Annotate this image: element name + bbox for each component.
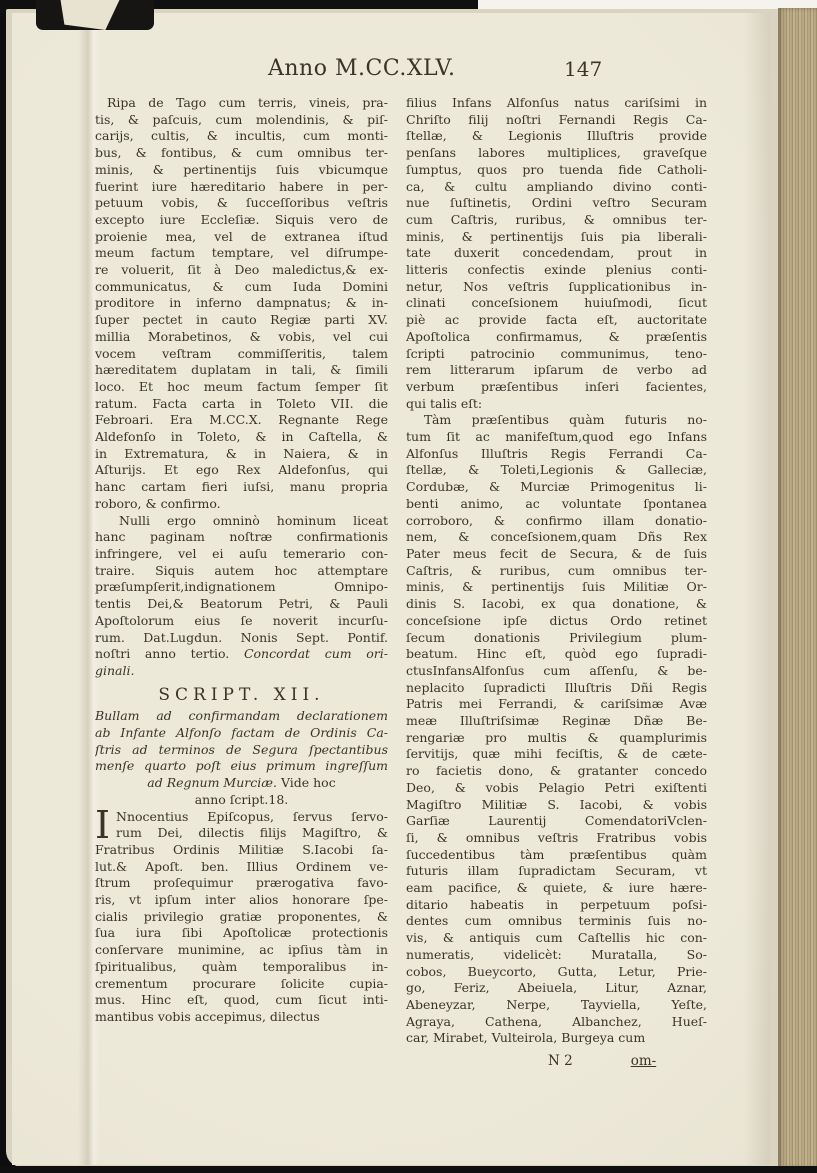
roman-text: qui talis eſt: [406, 396, 482, 411]
text-line: minis, & pertinentijs ſuis pia liberali- [406, 229, 707, 246]
roman-text: Vide hoc [281, 775, 336, 790]
roman-text: rem litterarum ipſarum de verbo ad [406, 362, 707, 377]
page-right-shadow [744, 13, 770, 1165]
text-line: Nulli ergo omninò hominum liceat [95, 513, 388, 530]
text-line: rengariæ pro multis & quamplurimis [406, 730, 707, 747]
roman-text: ctusInfansAlfonſus cum aſſenſu, & be- [406, 663, 707, 678]
roman-text: mus. Hinc eſt, quod, cum ſicut inti- [95, 992, 388, 1007]
text-line: tum ſit ac manifeſtum,quod ego Infans [406, 429, 707, 446]
text-line: minis, & pertinentijs ſuis Militiæ Or- [406, 579, 707, 596]
text-line: Bullam ad confirmandam declarationem [95, 708, 388, 725]
signature-line: N 2 om- [406, 1053, 707, 1069]
roman-text: re voluerit, ſit à Deo maledictus,& ex- [95, 262, 388, 277]
text-line: dinis S. Iacobi, ex qua donatione, & [406, 596, 707, 613]
text-line: Patris mei Ferrandi, & cariſsimæ Avæ [406, 696, 707, 713]
text-line: ca, & cultu ampliando divino conti- [406, 179, 707, 196]
roman-text: penſans labores multiplices, graveſque [406, 145, 707, 160]
text-line: ris, vt ipſum inter alios honorare ſpe- [95, 892, 388, 909]
text-line: ſuccedentibus tàm præſentibus quàm [406, 847, 707, 864]
roman-text: noſtri anno tertio. [95, 646, 244, 661]
text-line: conſervare munimine, ac ipſius tàm in [95, 942, 388, 959]
italic-text: Bullam ad confirmandam declarationem [95, 708, 388, 723]
roman-text: cialis privilegio gratiæ proponentes, & [95, 909, 388, 924]
roman-text: beatum. Hinc eſt, quòd ego ſupradi- [406, 646, 707, 661]
roman-text: infringere, vel ei auſu temerario con- [95, 546, 388, 561]
roman-text: Apoſtolica confirmamus, & præſentis [406, 329, 707, 344]
roman-text: ſcripti patrocinio communimus, teno- [406, 346, 707, 361]
roman-text: hæreditatem duplatam in tali, & ſimili [95, 362, 388, 377]
roman-text: ſpiritualibus, quàm temporalibus in- [95, 959, 388, 974]
catchword: om- [631, 1053, 657, 1069]
roman-text: præſumpſerit,indignationem Omnipo- [95, 579, 388, 594]
roman-text: corroboro, & confirmo illam donatio- [406, 513, 707, 528]
roman-text: ſuccedentibus tàm præſentibus quàm [406, 847, 707, 862]
roman-text: Tàm præſentibus quàm futuris no- [424, 412, 707, 427]
roman-text: conſervare munimine, ac ipſius tàm in [95, 942, 388, 957]
roman-text: verbum præſentibus inſeri facientes, [406, 379, 707, 394]
roman-text: mantibus vobis accepimus, dilectus [95, 1009, 320, 1024]
roman-text: neplacito ſupradicti Illuſtris Dñi Regis [406, 680, 707, 695]
text-line: nem, & conceſsionem,quam Dñs Rex [406, 529, 707, 546]
roman-text: excepto iure Eccleſiæ. Siquis vero de [95, 212, 388, 227]
roman-text: loco. Et hoc meum factum ſemper ſit [95, 379, 388, 394]
roman-text: lut.& Apoſt. ben. Illius Ordinem ve- [95, 859, 388, 874]
paragraph: Nulli ergo omninò hominum liceathanc pag… [95, 513, 388, 680]
book-photograph: Anno M.CC.XLV. 147 Ripa de Tago cum terr… [0, 0, 817, 1173]
backdrop-top-highlight [478, 0, 817, 9]
text-line: Deo, & vobis Pelagio Petri exiſtenti [406, 780, 707, 797]
text-line: traire. Siquis autem hoc attemptare [95, 563, 388, 580]
text-line: Apoſtolorum eius ſe noverit incurſu- [95, 613, 388, 630]
roman-text: bus, & fontibus, & cum omnibus ter- [95, 145, 388, 160]
roman-text: meæ Illuſtriſsimæ Reginæ Dñæ Be- [406, 713, 707, 728]
roman-text: vocem veſtram commiſſeritis, talem [95, 346, 388, 361]
roman-text: ſi, & omnibus veſtris Fratribus vobis [406, 830, 707, 845]
roman-text: petuum vobis, & ſucceſſoribus veſtris [95, 195, 388, 210]
text-line: Aſturijs. Et ego Rex Aldefonſus, qui [95, 462, 388, 479]
text-line: fuerint iure hæreditario habere in per- [95, 179, 388, 196]
roman-text: Cordubæ, & Murciæ Primogenitus li- [406, 479, 707, 494]
roman-text: ditario habeatis in perpetuum poſsi- [406, 897, 707, 912]
backdrop-bottom-strip [0, 1166, 817, 1173]
text-line: vis, & antiquis cum Caſtellis hic con- [406, 930, 707, 947]
roman-text: proditore in inferno dampnatus; & in- [95, 295, 388, 310]
roman-text: rengariæ pro multis & quamplurimis [406, 730, 707, 745]
running-header-year: Anno M.CC.XLV. [268, 56, 456, 81]
text-line: cum Caſtris, ruribus, & omnibus ter- [406, 212, 707, 229]
roman-text: dinis S. Iacobi, ex qua donatione, & [406, 596, 707, 611]
text-line: ginali. [95, 663, 388, 680]
roman-text: conceſsione ipſe dictus Ordo retinet [406, 613, 707, 628]
roman-text: in Extrematura, & in Naiera, & in [95, 446, 388, 461]
paragraph: Tàm præſentibus quàm futuris no-tum ſit … [406, 412, 707, 1047]
roman-text: clinati conceſsionem huiuſmodi, ſicut [406, 295, 707, 310]
roman-text: carijs, cultis, & incultis, cum monti- [95, 128, 388, 143]
roman-text: Deo, & vobis Pelagio Petri exiſtenti [406, 780, 707, 795]
text-line: hanc paginam noſtræ confirmationis [95, 529, 388, 546]
text-line: ab Infante Alfonſo factam de Ordinis Ca- [95, 725, 388, 742]
text-line: benti animo, ac voluntate ſpontanea [406, 496, 707, 513]
text-line: communicatus, & cum Iuda Domini [95, 279, 388, 296]
text-line: eam pacifice, & quiete, & iure hære- [406, 880, 707, 897]
roman-text: Garſiæ Laurentij ComendatoriVclen- [406, 813, 707, 828]
roman-text: ris, vt ipſum inter alios honorare ſpe- [95, 892, 388, 907]
paragraph: INnocentius Epiſcopus, ſervus ſervo-rum … [95, 809, 388, 1026]
text-line: minis, & pertinentijs ſuis vbicumque [95, 162, 388, 179]
roman-text: Magiſtro Militiæ S. Iacobi, & vobis [406, 797, 707, 812]
roman-text: numeratis, videlicèt: Muratalla, So- [406, 947, 707, 962]
roman-text: cobos, Bueycorto, Gutta, Letur, Prie- [406, 964, 707, 979]
text-line: anno ſcript.18. [95, 792, 388, 809]
text-line: ſumptus, quos pro tuenda fide Catholi- [406, 162, 707, 179]
roman-text: Caſtris, & ruribus, cum omnibus ter- [406, 563, 707, 578]
roman-text: vis, & antiquis cum Caſtellis hic con- [406, 930, 707, 945]
page-number: 147 [564, 57, 602, 81]
text-line: Alfonſus Illuſtris Regis Ferrandi Ca- [406, 446, 707, 463]
text-line: corroboro, & confirmo illam donatio- [406, 513, 707, 530]
paragraph: Ripa de Tago cum terris, vineis, pra-tis… [95, 95, 388, 513]
roman-text: Patris mei Ferrandi, & cariſsimæ Avæ [406, 696, 707, 711]
section-heading: SCRIPT. XII. [95, 687, 388, 704]
text-line: ſuper pectet in cauto Regiæ parti XV. [95, 312, 388, 329]
text-line: ad Regnum Murciæ. Vide hoc [95, 775, 388, 792]
text-line: cobos, Bueycorto, Gutta, Letur, Prie- [406, 964, 707, 981]
text-line: ſua iura ſibi Apoſtolicæ protectionis [95, 925, 388, 942]
text-line: car, Mirabet, Vulteirola, Burgeya cum [406, 1030, 707, 1047]
text-line: rum. Dat.Lugdun. Nonis Sept. Pontif. [95, 630, 388, 647]
text-line: bus, & fontibus, & cum omnibus ter- [95, 145, 388, 162]
text-line: Garſiæ Laurentij ComendatoriVclen- [406, 813, 707, 830]
text-line: dentes cum omnibus terminis ſuis no- [406, 913, 707, 930]
roman-text: fuerint iure hæreditario habere in per- [95, 179, 388, 194]
text-line: tentis Dei,& Beatorum Petri, & Pauli [95, 596, 388, 613]
book-fore-edge-pages [778, 8, 817, 1168]
roman-text: ſtellæ, & Toleti,Legionis & Galleciæ, [406, 462, 707, 477]
roman-text: tate duxerit concedendam, prout in [406, 245, 707, 260]
roman-text: tentis Dei,& Beatorum Petri, & Pauli [95, 596, 388, 611]
text-line: millia Morabetinos, & vobis, vel cui [95, 329, 388, 346]
roman-text: Pater meus fecit de Secura, & de ſuis [406, 546, 707, 561]
roman-text: ro facietis dono, & gratanter concedo [406, 763, 707, 778]
text-line: mantibus vobis accepimus, dilectus [95, 1009, 388, 1026]
text-line: futuris illam ſupradictam Securam, vt [406, 863, 707, 880]
roman-text: litteris confectis exinde plenius conti- [406, 262, 707, 277]
roman-text: hanc paginam noſtræ confirmationis [95, 529, 388, 544]
roman-text: netur, Nos veſtris ſupplicationibus in- [406, 279, 707, 294]
text-line: ctusInfansAlfonſus cum aſſenſu, & be- [406, 663, 707, 680]
roman-text: dentes cum omnibus terminis ſuis no- [406, 913, 707, 928]
text-line: ditario habeatis in perpetuum poſsi- [406, 897, 707, 914]
text-line: proditore in inferno dampnatus; & in- [95, 295, 388, 312]
text-line: piè ac provide facta eſt, auctoritate [406, 312, 707, 329]
roman-text: Agraya, Cathena, Albanchez, Hueſ- [406, 1014, 707, 1029]
text-line: vocem veſtram commiſſeritis, talem [95, 346, 388, 363]
text-line: numeratis, videlicèt: Muratalla, So- [406, 947, 707, 964]
text-column-right: filius Infans Alfonſus natus cariſsimi i… [406, 95, 707, 1047]
italic-text: ginali. [95, 663, 134, 678]
text-line: præſumpſerit,indignationem Omnipo- [95, 579, 388, 596]
roman-text: meum factum temptare, vel diſrumpe- [95, 245, 388, 260]
roman-text: crementum procurare ſolicite cupia- [95, 976, 388, 991]
text-line: rem litterarum ipſarum de verbo ad [406, 362, 707, 379]
text-line: mus. Hinc eſt, quod, cum ſicut inti- [95, 992, 388, 1009]
text-line: excepto iure Eccleſiæ. Siquis vero de [95, 212, 388, 229]
text-line: Magiſtro Militiæ S. Iacobi, & vobis [406, 797, 707, 814]
text-line: loco. Et hoc meum factum ſemper ſit [95, 379, 388, 396]
text-line: Agraya, Cathena, Albanchez, Hueſ- [406, 1014, 707, 1031]
text-line: menſe quarto poſt eius primum ingreſſum [95, 758, 388, 775]
text-line: ratum. Facta carta in Toleto VII. die [95, 396, 388, 413]
text-line: litteris confectis exinde plenius conti- [406, 262, 707, 279]
text-line: clinati conceſsionem huiuſmodi, ſicut [406, 295, 707, 312]
text-line: ſcripti patrocinio communimus, teno- [406, 346, 707, 363]
text-line: filius Infans Alfonſus natus cariſsimi i… [406, 95, 707, 112]
text-line: hæreditatem duplatam in tali, & ſimili [95, 362, 388, 379]
text-line: ſtellæ, & Toleti,Legionis & Galleciæ, [406, 462, 707, 479]
roman-text: minis, & pertinentijs ſuis Militiæ Or- [406, 579, 707, 594]
paragraph: filius Infans Alfonſus natus cariſsimi i… [406, 95, 707, 412]
text-line: hanc cartam fieri iuſsi, manu propria [95, 479, 388, 496]
text-line: Caſtris, & ruribus, cum omnibus ter- [406, 563, 707, 580]
roman-text: Nnocentius Epiſcopus, ſervus ſervo- [116, 809, 388, 824]
text-line: ſtris ad terminos de Segura ſpectantibus [95, 742, 388, 759]
roman-text: tis, & paſcuis, cum molendinis, & piſ- [95, 112, 388, 127]
text-line: roboro, & confirmo. [95, 496, 388, 513]
text-line: ſpiritualibus, quàm temporalibus in- [95, 959, 388, 976]
text-line: rum Dei, dilectis filijs Magiſtro, & [116, 825, 388, 842]
text-line: cialis privilegio gratiæ proponentes, & [95, 909, 388, 926]
roman-text: Alfonſus Illuſtris Regis Ferrandi Ca- [406, 446, 707, 461]
roman-text: proienie mea, vel de extranea iſtud [95, 229, 388, 244]
roman-text: nem, & conceſsionem,quam Dñs Rex [406, 529, 707, 544]
text-line: petuum vobis, & ſucceſſoribus veſtris [95, 195, 388, 212]
text-line: in Extrematura, & in Naiera, & in [95, 446, 388, 463]
text-line: ro facietis dono, & gratanter concedo [406, 763, 707, 780]
roman-text: anno ſcript.18. [195, 792, 289, 807]
roman-text: ſtellæ, & Legionis Illuſtris provide [406, 128, 707, 143]
text-line: crementum procurare ſolicite cupia- [95, 976, 388, 993]
roman-text: Ripa de Tago cum terris, vineis, pra- [107, 95, 388, 110]
text-line: ſecum donationis Privilegium plum- [406, 630, 707, 647]
roman-text: eam pacifice, & quiete, & iure hære- [406, 880, 707, 895]
italic-text: ſtris ad terminos de Segura ſpectantibus [95, 742, 388, 757]
text-line: meæ Illuſtriſsimæ Reginæ Dñæ Be- [406, 713, 707, 730]
italic-text: ad Regnum Murciæ. [147, 775, 281, 790]
text-line: proienie mea, vel de extranea iſtud [95, 229, 388, 246]
roman-text: ſua iura ſibi Apoſtolicæ protectionis [95, 925, 388, 940]
roman-text: Fratribus Ordinis Militiæ S.Iacobi ſa- [95, 842, 388, 857]
roman-text: ſumptus, quos pro tuenda fide Catholi- [406, 162, 707, 177]
text-line: Abeneyzar, Nerpe, Tayviella, Yeſte, [406, 997, 707, 1014]
text-line: Chriſto filij noſtri Fernandi Regis Ca- [406, 112, 707, 129]
text-line: Febroari. Era M.CC.X. Regnante Rege [95, 412, 388, 429]
text-line: Apoſtolica confirmamus, & præſentis [406, 329, 707, 346]
text-line: Nnocentius Epiſcopus, ſervus ſervo- [116, 809, 388, 826]
text-line: conceſsione ipſe dictus Ordo retinet [406, 613, 707, 630]
roman-text: ratum. Facta carta in Toleto VII. die [95, 396, 388, 411]
text-line: neplacito ſupradicti Illuſtris Dñi Regis [406, 680, 707, 697]
roman-text: benti animo, ac voluntate ſpontanea [406, 496, 707, 511]
roman-text: Abeneyzar, Nerpe, Tayviella, Yeſte, [406, 997, 707, 1012]
roman-text: communicatus, & cum Iuda Domini [95, 279, 388, 294]
text-line: noſtri anno tertio. Concordat cum ori- [95, 646, 388, 663]
text-line: ſtrum proſequimur prærogativa favo- [95, 875, 388, 892]
roman-text: rum Dei, dilectis filijs Magiſtro, & [116, 825, 388, 840]
italic-text: ab Infante Alfonſo factam de Ordinis Ca- [95, 725, 388, 740]
roman-text: ſervitijs, quæ mihi feciſtis, & de cæte- [406, 746, 707, 761]
text-line: qui talis eſt: [406, 396, 707, 413]
text-line: Pater meus fecit de Secura, & de ſuis [406, 546, 707, 563]
text-line: go, Feriz, Abeiuela, Litur, Aznar, [406, 980, 707, 997]
paragraph: Bullam ad confirmandam declarationemab I… [95, 708, 388, 808]
roman-text: futuris illam ſupradictam Securam, vt [406, 863, 707, 878]
roman-text: car, Mirabet, Vulteirola, Burgeya cum [406, 1030, 645, 1045]
text-line: penſans labores multiplices, graveſque [406, 145, 707, 162]
roman-text: Febroari. Era M.CC.X. Regnante Rege [95, 412, 388, 427]
roman-text: Aldefonſo in Toleto, & in Caſtella, & [95, 429, 388, 444]
roman-text: rum. Dat.Lugdun. Nonis Sept. Pontif. [95, 630, 388, 645]
text-line: Aldefonſo in Toleto, & in Caſtella, & [95, 429, 388, 446]
roman-text: millia Morabetinos, & vobis, vel cui [95, 329, 388, 344]
roman-text: minis, & pertinentijs ſuis pia liberali- [406, 229, 707, 244]
roman-text: traire. Siquis autem hoc attemptare [95, 563, 388, 578]
text-line: ſervitijs, quæ mihi feciſtis, & de cæte- [406, 746, 707, 763]
roman-text: Nulli ergo omninò hominum liceat [119, 513, 388, 528]
text-line: meum factum temptare, vel diſrumpe- [95, 245, 388, 262]
text-line: nue ſuſtinetis, Ordini veſtro Securam [406, 195, 707, 212]
italic-text: Concordat cum ori- [244, 646, 388, 661]
text-line: ſi, & omnibus veſtris Fratribus vobis [406, 830, 707, 847]
signature-mark: N 2 [548, 1053, 573, 1069]
roman-text: cum Caſtris, ruribus, & omnibus ter- [406, 212, 707, 227]
text-line: Tàm præſentibus quàm futuris no- [406, 412, 707, 429]
text-line: re voluerit, ſit à Deo maledictus,& ex- [95, 262, 388, 279]
drop-cap-initial: I [95, 809, 116, 842]
text-line: tate duxerit concedendam, prout in [406, 245, 707, 262]
roman-text: piè ac provide facta eſt, auctoritate [406, 312, 707, 327]
text-line: Cordubæ, & Murciæ Primogenitus li- [406, 479, 707, 496]
text-line: ſtellæ, & Legionis Illuſtris provide [406, 128, 707, 145]
roman-text: ſuper pectet in cauto Regiæ parti XV. [95, 312, 388, 327]
roman-text: ſtrum proſequimur prærogativa favo- [95, 875, 388, 890]
roman-text: filius Infans Alfonſus natus cariſsimi i… [406, 95, 707, 110]
roman-text: go, Feriz, Abeiuela, Litur, Aznar, [406, 980, 707, 995]
text-line: beatum. Hinc eſt, quòd ego ſupradi- [406, 646, 707, 663]
text-line: netur, Nos veſtris ſupplicationibus in- [406, 279, 707, 296]
text-line: carijs, cultis, & incultis, cum monti- [95, 128, 388, 145]
roman-text: Chriſto filij noſtri Fernandi Regis Ca- [406, 112, 707, 127]
roman-text: ca, & cultu ampliando divino conti- [406, 179, 707, 194]
roman-text: ſecum donationis Privilegium plum- [406, 630, 707, 645]
text-column-left: Ripa de Tago cum terris, vineis, pra-tis… [95, 95, 388, 1026]
roman-text: tum ſit ac manifeſtum,quod ego Infans [406, 429, 707, 444]
roman-text: minis, & pertinentijs ſuis vbicumque [95, 162, 388, 177]
roman-text: nue ſuſtinetis, Ordini veſtro Securam [406, 195, 707, 210]
roman-text: hanc cartam fieri iuſsi, manu propria [95, 479, 388, 494]
italic-text: menſe quarto poſt eius primum ingreſſum [95, 758, 388, 773]
roman-text: roboro, & confirmo. [95, 496, 221, 511]
text-line: Fratribus Ordinis Militiæ S.Iacobi ſa- [95, 842, 388, 859]
roman-text: Aſturijs. Et ego Rex Aldefonſus, qui [95, 462, 388, 477]
text-line: infringere, vel ei auſu temerario con- [95, 546, 388, 563]
text-line: verbum præſentibus inſeri facientes, [406, 379, 707, 396]
roman-text: Apoſtolorum eius ſe noverit incurſu- [95, 613, 388, 628]
text-line: tis, & paſcuis, cum molendinis, & piſ- [95, 112, 388, 129]
text-line: Ripa de Tago cum terris, vineis, pra- [95, 95, 388, 112]
text-line: lut.& Apoſt. ben. Illius Ordinem ve- [95, 859, 388, 876]
